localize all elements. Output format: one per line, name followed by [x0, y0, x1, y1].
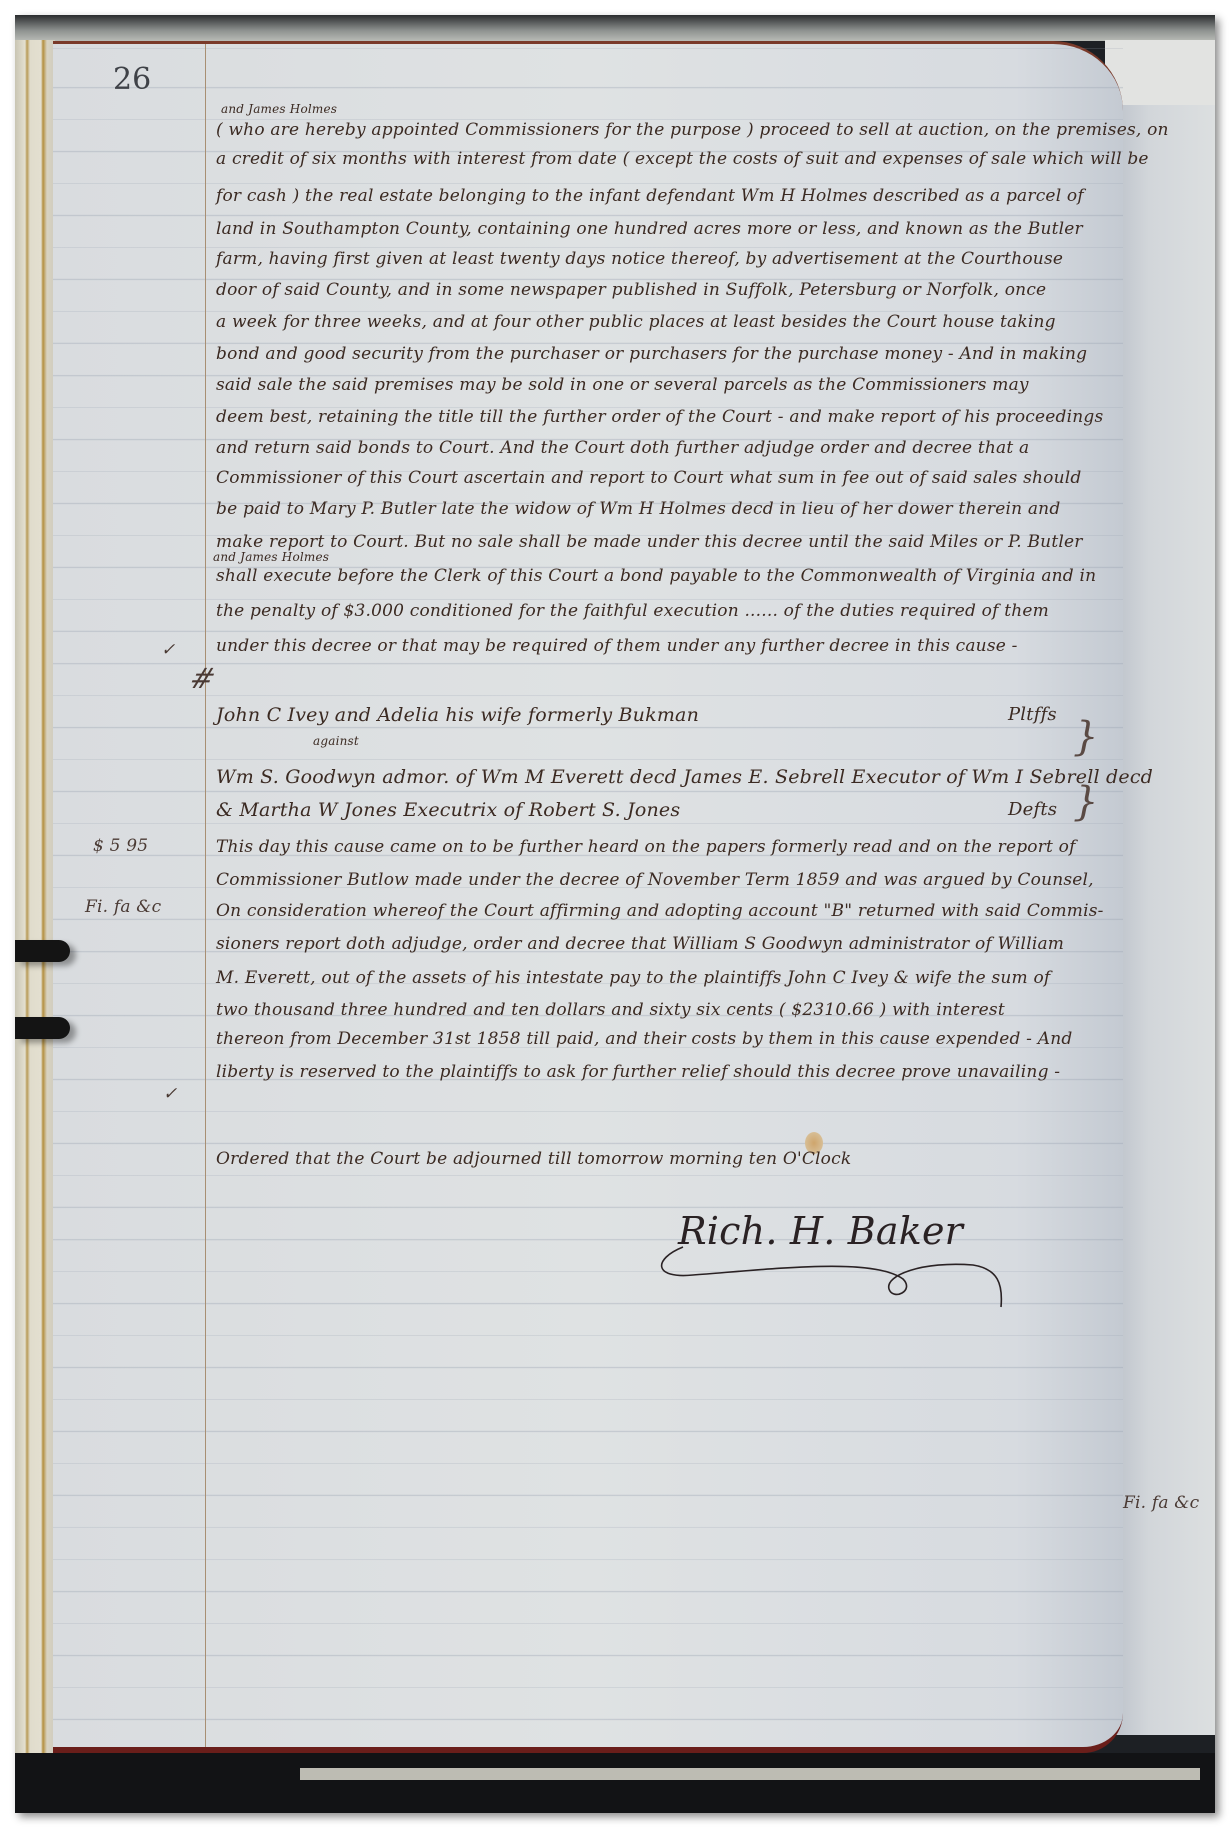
- text-line: This day this cause came on to be furthe…: [216, 837, 1076, 857]
- text-line: Commissioner Butlow made under the decre…: [216, 870, 1094, 890]
- brace-icon: }: [1073, 714, 1099, 760]
- text-line: and return said bonds to Court. And the …: [216, 438, 1029, 458]
- text-line: door of said County, and in some newspap…: [216, 280, 1046, 300]
- margin-rule: [205, 44, 206, 1747]
- text-line: M. Everett, out of the assets of his int…: [216, 968, 1050, 988]
- text-line: a week for three weeks, and at four othe…: [216, 312, 1056, 332]
- check-mark: ✓: [161, 640, 175, 660]
- binder-ring: [15, 1017, 70, 1039]
- text-line: bond and good security from the purchase…: [216, 344, 1087, 364]
- fee-note: $ 5 95: [93, 836, 148, 856]
- binder-ring: [15, 940, 70, 962]
- fifa-note: Fi. fa &c: [85, 897, 161, 917]
- text-line: On consideration whereof the Court affir…: [216, 901, 1104, 921]
- check-mark: ✓: [163, 1084, 177, 1104]
- text-line: Commissioner of this Court ascertain and…: [216, 468, 1081, 488]
- text-line: make report to Court. But no sale shall …: [216, 532, 1083, 552]
- text-line: shall execute before the Clerk of this C…: [216, 566, 1096, 586]
- text-line: a credit of six months with interest fro…: [216, 149, 1149, 169]
- text-line: be paid to Mary P. Butler late the widow…: [216, 499, 1060, 519]
- facing-page-fifa-note: Fi. fa &c: [1123, 1493, 1199, 1513]
- interlinear-insert: and James Holmes: [213, 550, 329, 564]
- defendants-label: Defts: [1008, 799, 1057, 820]
- text-line: the penalty of $3.000 conditioned for th…: [216, 601, 1049, 621]
- text-line: deem best, retaining the title till the …: [216, 407, 1103, 427]
- signature-flourish-icon: [653, 1239, 1013, 1319]
- text-line: farm, having first given at least twenty…: [216, 249, 1063, 269]
- interlinear-insert: and James Holmes: [221, 102, 337, 116]
- book-spine-edge: [15, 40, 55, 1755]
- book-top-shadow: [15, 15, 1215, 41]
- defendants-line: & Martha W Jones Executrix of Robert S. …: [216, 799, 680, 821]
- text-line: thereon from December 31st 1858 till pai…: [216, 1029, 1072, 1049]
- text-line: sioners report doth adjudge, order and d…: [216, 934, 1064, 954]
- text-line: liberty is reserved to the plaintiffs to…: [216, 1062, 1060, 1082]
- page-number: 26: [113, 62, 151, 97]
- brace-icon: }: [1073, 779, 1099, 825]
- book-bottom-edge: [15, 1753, 1215, 1813]
- photo-frame: 26 and James Holmes ( who are hereby app…: [15, 15, 1215, 1813]
- adjournment-order: Ordered that the Court be adjourned till…: [216, 1149, 851, 1169]
- text-line: land in Southampton County, containing o…: [216, 219, 1083, 239]
- text-line: ( who are hereby appointed Commissioners…: [216, 120, 1169, 140]
- against-label: against: [313, 734, 359, 748]
- text-line: two thousand three hundred and ten dolla…: [216, 1000, 1005, 1020]
- plaintiffs-line: John C Ivey and Adelia his wife formerly…: [216, 704, 699, 726]
- text-line: for cash ) the real estate belonging to …: [216, 186, 1084, 206]
- text-line: under this decree or that may be require…: [216, 636, 1018, 656]
- defendants-line: Wm S. Goodwyn admor. of Wm M Everett dec…: [216, 766, 1153, 788]
- page-stack-edge: [300, 1768, 1200, 1780]
- plaintiffs-label: Pltffs: [1008, 704, 1057, 725]
- ledger-page: 26 and James Holmes ( who are hereby app…: [53, 41, 1123, 1753]
- text-line: said sale the said premises may be sold …: [216, 375, 1029, 395]
